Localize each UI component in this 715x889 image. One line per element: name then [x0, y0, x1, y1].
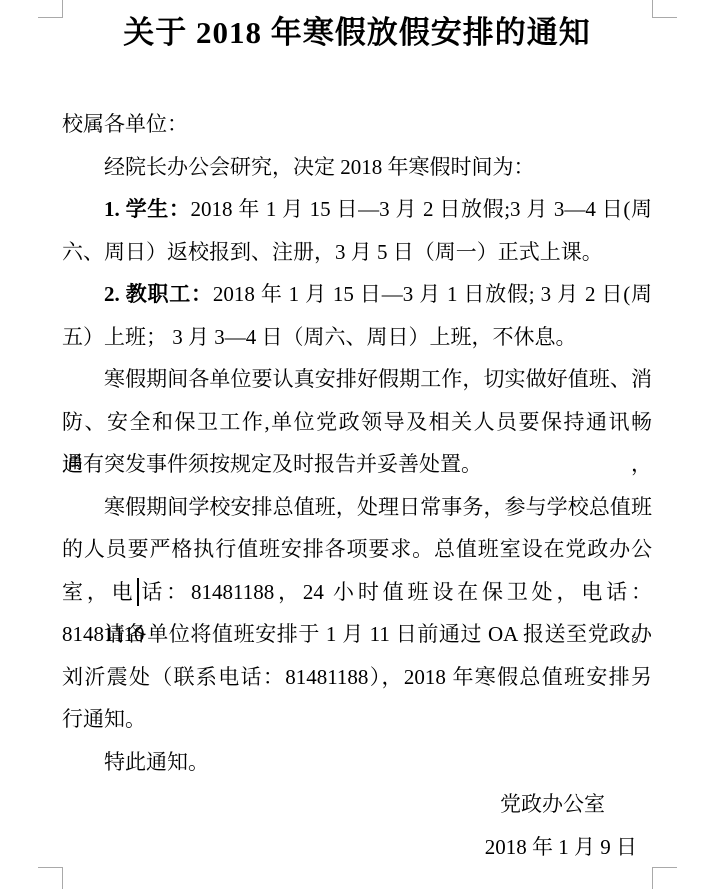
- document-line[interactable]: 请各单位将值班安排于 1 月 11 日前通过 OA 报送至党政办: [62, 613, 652, 656]
- document-line[interactable]: 刘沂震处（联系电话：81481188），2018 年寒假总值班安排另: [62, 656, 652, 699]
- text-segment: 2018 年 1 月 9 日: [485, 835, 637, 859]
- crop-mark-bottom-left: [38, 867, 63, 889]
- text-segment: 遇有突发事件须按规定及时报告并妥善处置。: [62, 452, 482, 476]
- document-line[interactable]: 2. 教职工：2018 年 1 月 15 日—3 月 1 日放假; 3 月 2 …: [62, 273, 652, 316]
- crop-mark-top-right: [652, 0, 677, 18]
- document-line[interactable]: 室，电话：81481188，24 小时值班设在保卫处，电话：81481110。: [62, 571, 652, 614]
- text-segment: 2018 年 1 月 15 日—3 月 1 日放假; 3 月 2 日(周: [213, 282, 652, 306]
- document-body[interactable]: 校属各单位：经院长办公会研究，决定 2018 年寒假时间为：1. 学生：2018…: [62, 103, 652, 868]
- document-line[interactable]: 经院长办公会研究，决定 2018 年寒假时间为：: [62, 146, 652, 189]
- text-segment: 六、周日）返校报到、注册，3 月 5 日（周一）正式上课。: [62, 240, 603, 264]
- document-line[interactable]: 的人员要严格执行值班安排各项要求。总值班室设在党政办公: [62, 528, 652, 571]
- text-segment: 寒假期间学校安排总值班，处理日常事务，参与学校总值班: [104, 495, 652, 519]
- bold-text-segment: 1. 学生：: [104, 197, 190, 221]
- text-segment: 特此通知。: [104, 750, 209, 774]
- document-line[interactable]: 六、周日）返校报到、注册，3 月 5 日（周一）正式上课。: [62, 231, 652, 274]
- document-line[interactable]: 寒假期间各单位要认真安排好假期工作，切实做好值班、消: [62, 358, 652, 401]
- text-segment: 刘沂震处（联系电话：81481188），2018 年寒假总值班安排另: [62, 665, 652, 689]
- document-page[interactable]: 关于 2018 年寒假放假安排的通知 校属各单位：经院长办公会研究，决定 201…: [0, 0, 715, 889]
- crop-mark-top-left: [38, 0, 63, 18]
- text-segment: 请各单位将值班安排于 1 月 11 日前通过 OA 报送至党政办: [104, 622, 652, 646]
- document-line[interactable]: 五）上班； 3 月 3—4 日（周六、周日）上班，不休息。: [62, 316, 652, 359]
- text-segment: 室，电: [62, 580, 137, 604]
- document-title: 关于 2018 年寒假放假安排的通知: [62, 10, 652, 56]
- text-segment: 行通知。: [62, 707, 146, 731]
- text-segment: 五）上班； 3 月 3—4 日（周六、周日）上班，不休息。: [62, 325, 577, 349]
- document-line[interactable]: 校属各单位：: [62, 103, 652, 146]
- document-line[interactable]: 行通知。: [62, 698, 652, 741]
- text-segment: 的人员要严格执行值班安排各项要求。总值班室设在党政办公: [62, 537, 652, 561]
- crop-mark-bottom-right: [652, 867, 677, 889]
- text-segment: 经院长办公会研究，决定 2018 年寒假时间为：: [104, 155, 535, 179]
- text-cursor: [137, 578, 139, 606]
- document-line[interactable]: 寒假期间学校安排总值班，处理日常事务，参与学校总值班: [62, 486, 652, 529]
- bold-text-segment: 2. 教职工：: [104, 282, 213, 306]
- text-segment: 党政办公室: [500, 792, 605, 816]
- document-line[interactable]: 特此通知。: [62, 741, 652, 784]
- document-line[interactable]: 1. 学生：2018 年 1 月 15 日—3 月 2 日放假;3 月 3—4 …: [62, 188, 652, 231]
- signature-line[interactable]: 党政办公室: [62, 783, 652, 826]
- signature-line[interactable]: 2018 年 1 月 9 日: [62, 826, 652, 869]
- text-segment: 校属各单位：: [62, 112, 188, 136]
- text-segment: 2018 年 1 月 15 日—3 月 2 日放假;3 月 3—4 日(周: [190, 197, 652, 221]
- document-line[interactable]: 防、安全和保卫工作,单位党政领导及相关人员要保持通讯畅通，: [62, 401, 652, 444]
- text-segment: 寒假期间各单位要认真安排好假期工作，切实做好值班、消: [104, 367, 652, 391]
